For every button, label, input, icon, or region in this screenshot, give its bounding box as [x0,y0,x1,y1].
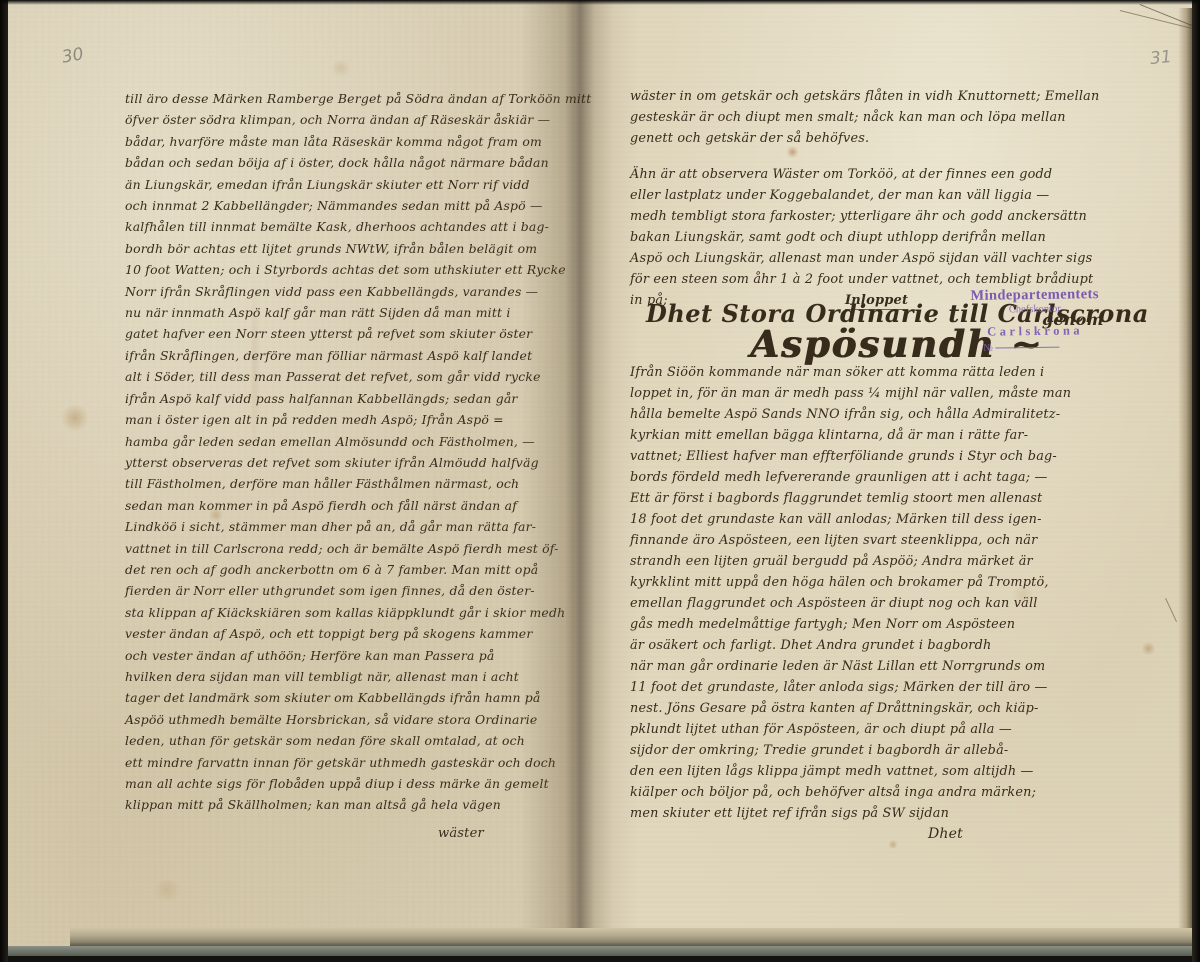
manuscript-line: Lindköö i sicht, stämmer man dher på an,… [125,516,549,537]
manuscript-line: 11 foot det grundaste, låter anloda sigs… [630,677,1082,698]
manuscript-line: sta klippan af Kiäckskiären som kallas k… [125,602,549,623]
left-page-text: till äro desse Märken Ramberge Berget på… [125,88,549,816]
manuscript-line: ifrån Skråflingen, derföre man fölliar n… [125,345,549,366]
stamp-line-department: Mindepartementets [955,286,1115,305]
manuscript-line: ytterst observeras det refvet som skiute… [125,452,549,473]
right-page-body-text: Ifrån Siöön kommande när man söker att k… [630,362,1082,824]
manuscript-line: 10 foot Watten; och i Styrbords achtas d… [125,259,549,280]
manuscript-line: Aspö och Liungskär, allenast man under A… [630,248,1082,269]
manuscript-line: emellan flaggrundet och Aspösteen är diu… [630,593,1082,614]
manuscript-line: strandh een lijten gruäl bergudd på Aspö… [630,551,1082,572]
right-page-paragraph-1: wäster in om getskär och getskärs flåten… [630,86,1082,149]
manuscript-line: man i öster igen alt in på redden medh A… [125,409,549,430]
manuscript-line: Ähn är att observera Wäster om Torköö, a… [630,164,1082,185]
manuscript-line: leden, uthan för getskär som nedan före … [125,730,549,751]
manuscript-line: hamba går leden sedan emellan Almösundd … [125,431,549,452]
scan-background-bottom [0,956,1200,962]
manuscript-line: loppet in, för än man är medh pass ¼ mij… [630,383,1082,404]
manuscript-line: och innmat 2 Kabbellängder; Nämmandes se… [125,195,549,216]
manuscript-line: Aspöö uthmedh bemälte Horsbrickan, så vi… [125,709,549,730]
manuscript-line: sedan man kommer in på Aspö fierdh och f… [125,495,549,516]
stamp-number-rule [995,347,1059,349]
manuscript-line: Ett är först i bagbords flaggrundet teml… [630,488,1082,509]
manuscript-line: tager det landmärk som skiuter om Kabbel… [125,687,549,708]
manuscript-line: gatet hafver een Norr steen ytterst på r… [125,323,549,344]
right-catchword: Dhet [928,826,963,842]
page-deckle-edge [1178,8,1192,938]
manuscript-line: 18 foot det grundaste kan väll anlodas; … [630,509,1082,530]
left-catchword: wäster [438,826,484,841]
manuscript-line: gås medh medelmåttige fartygh; Men Norr … [630,614,1082,635]
manuscript-line: till Fästholmen, derföre man håller Fäst… [125,473,549,494]
manuscript-line: kiälper och böljor på, och behöfver alts… [630,782,1082,803]
manuscript-line: det ren och af godh anckerbottn om 6 à 7… [125,559,549,580]
scan-background-left [0,0,8,962]
manuscript-line: är osäkert och farligt. Dhet Andra grund… [630,635,1082,656]
manuscript-line: medh tembligt stora farkoster; ytterliga… [630,206,1082,227]
scan-background-right [1192,0,1200,962]
manuscript-line: bords fördeld medh lefvererande graunlig… [630,467,1082,488]
manuscript-line: finnande äro Aspösteen, een lijten svart… [630,530,1082,551]
manuscript-line: bådan och sedan böija af i öster, dock h… [125,152,549,173]
stamp-line-office: Chefskontor [955,303,1115,316]
manuscript-line: gesteskär är och diupt men smalt; nåck k… [630,107,1082,128]
manuscript-line: vattnet in till Carlscrona redd; och är … [125,538,549,559]
manuscript-scan: 30 31 till äro desse Märken Ramberge Ber… [0,0,1200,962]
manuscript-line: än Liungskär, emedan ifrån Liungskär ski… [125,174,549,195]
stamp-number-sign: № [983,343,993,354]
manuscript-line: klippan mitt på Skällholmen; kan man alt… [125,794,549,815]
manuscript-line: bakan Liungskär, samt godt och diupt uth… [630,227,1082,248]
manuscript-line: kyrkian mitt emellan bägga klintarna, då… [630,425,1082,446]
manuscript-line: bådar, hvarföre måste man låta Räseskär … [125,131,549,152]
manuscript-line: vattnet; Elliest hafver man effterfölian… [630,446,1082,467]
manuscript-line: hålla bemelte Aspö Sands NNO ifrån sig, … [630,404,1082,425]
manuscript-line: vester ändan af Aspö, och ett toppigt be… [125,623,549,644]
folio-number-left: 30 [60,44,85,67]
manuscript-line: öfver öster södra klimpan, och Norra änd… [125,109,549,130]
bottom-page-stack-edge [70,928,1192,946]
scan-background-top [0,0,1200,5]
manuscript-line: genett och getskär der så behöfves. [630,128,1082,149]
manuscript-line: fierden är Norr eller uthgrundet som ige… [125,580,549,601]
manuscript-line: eller lastplatz under Koggebalandet, der… [630,185,1082,206]
manuscript-line: alt i Söder, till dess man Passerat det … [125,366,549,387]
archive-stamp: Mindepartementets Chefskontor Carlskrona… [955,286,1116,354]
manuscript-line: sijdor der omkring; Tredie grundet i bag… [630,740,1082,761]
manuscript-line: nu när innmath Aspö kalf går man rätt Si… [125,302,549,323]
manuscript-line: hvilken dera sijdan man vill tembligt nä… [125,666,549,687]
stamp-line-city: Carlskrona [955,323,1115,340]
manuscript-line: ifrån Aspö kalf vidd pass halfannan Kabb… [125,388,549,409]
manuscript-line: men skiuter ett lijtet ref ifrån sigs på… [630,803,1082,824]
folio-number-right: 31 [1149,47,1173,69]
manuscript-line: Ifrån Siöön kommande när man söker att k… [630,362,1082,383]
manuscript-line: och vester ändan af uthöön; Herföre kan … [125,645,549,666]
manuscript-line: wäster in om getskär och getskärs flåten… [630,86,1082,107]
manuscript-line: när man går ordinarie leden är Näst Lill… [630,656,1082,677]
manuscript-line: Norr ifrån Skråflingen vidd pass een Kab… [125,281,549,302]
manuscript-line: ett mindre farvattn innan för getskär ut… [125,752,549,773]
stamp-line-number: № [955,341,1115,354]
manuscript-line: kyrkklint mitt uppå den höga hälen och b… [630,572,1082,593]
manuscript-line: nest. Jöns Gesare på östra kanten af Drå… [630,698,1082,719]
scanner-cradle-strip [0,946,1200,956]
manuscript-line: pklundt lijtet uthan för Aspösteen, är o… [630,719,1082,740]
manuscript-line: till äro desse Märken Ramberge Berget på… [125,88,549,109]
manuscript-line: den een lijten lågs klippa jämpt medh va… [630,761,1082,782]
manuscript-line: man all achte sigs för flobåden uppå diu… [125,773,549,794]
manuscript-line: bordh bör achtas ett lijtet grunds NWtW,… [125,238,549,259]
manuscript-line: kalfhålen till innmat bemälte Kask, dher… [125,216,549,237]
